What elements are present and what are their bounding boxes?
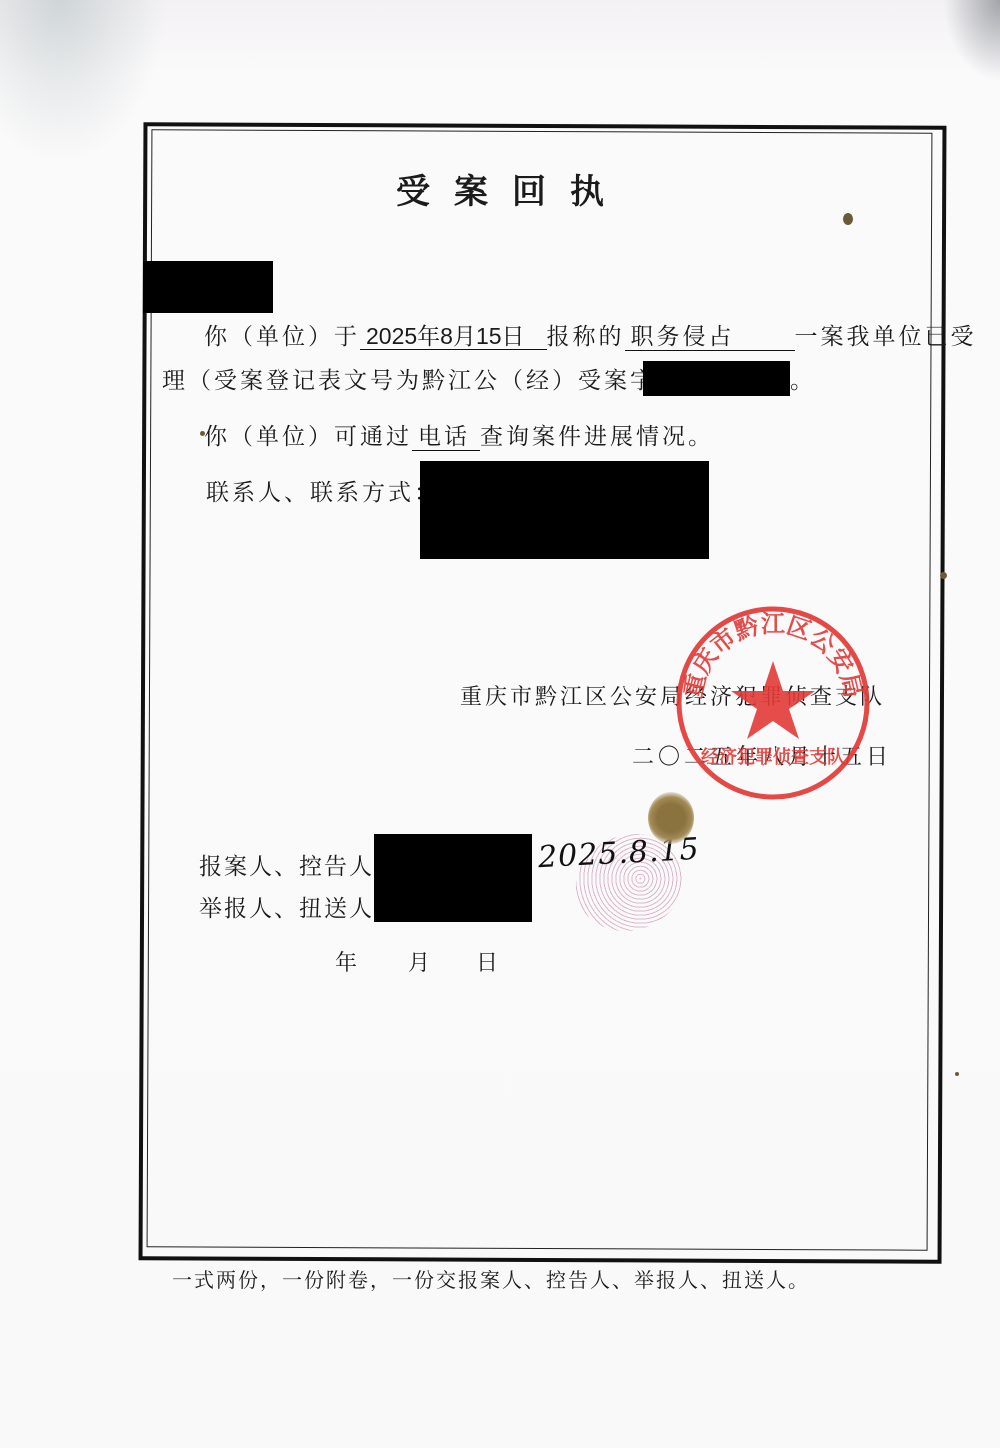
paragraph-case-number: 理（受案登记表文号为黔江公（经）受案字〔 — [162, 362, 682, 395]
redacted-recipient-name — [143, 261, 273, 313]
stain-mark — [648, 792, 694, 844]
date-placeholder-year: 年 — [335, 946, 357, 977]
case-type-field: 职务侵占 — [625, 324, 795, 351]
date-placeholder-day: 日 — [476, 946, 498, 977]
speck-mark — [200, 431, 205, 436]
case-number-end: 。 — [790, 362, 816, 395]
date-placeholder-month: 月 — [408, 946, 430, 977]
case-number-label: 理（受案登记表文号为黔江公（经）受案字〔 — [162, 368, 682, 394]
paragraph-report: 你（单位）于2025年8月15日报称的职务侵占一案我单位已受 — [204, 318, 977, 351]
official-seal-icon: 重庆市黔江区公安局 经济犯罪侦查支队 — [673, 603, 873, 803]
paragraph-inquiry: 你（单位）可通过电话查询案件进展情况。 — [204, 418, 714, 451]
speck-mark — [843, 213, 853, 225]
redacted-contact-info — [420, 461, 709, 559]
speck-mark — [940, 572, 947, 579]
redacted-signature — [374, 834, 532, 922]
inquiry-suffix: 查询案件进展情况。 — [480, 424, 714, 450]
signer-label-informant: 举报人、扭送人 — [199, 890, 374, 923]
contact-label: 联系人、联系方式： — [206, 474, 440, 507]
footnote: 一式两份，一份附卷，一份交报案人、控告人、举报人、扭送人。 — [172, 1264, 810, 1293]
inquiry-prefix: 你（单位）可通过 — [204, 424, 412, 450]
redacted-case-number — [643, 361, 790, 396]
report-middle: 报称的 — [547, 324, 625, 350]
svg-text:经济犯罪侦查支队: 经济犯罪侦查支队 — [701, 746, 845, 768]
report-prefix: 你（单位）于 — [204, 324, 360, 350]
report-date-field: 2025年8月15日 — [360, 323, 547, 350]
inquiry-method-field: 电话 — [412, 424, 480, 451]
report-suffix: 一案我单位已受 — [795, 324, 977, 350]
document-title: 受案回执 — [0, 164, 1000, 213]
signer-label-reporter: 报案人、控告人 — [199, 848, 374, 881]
speck-mark — [955, 1072, 959, 1076]
